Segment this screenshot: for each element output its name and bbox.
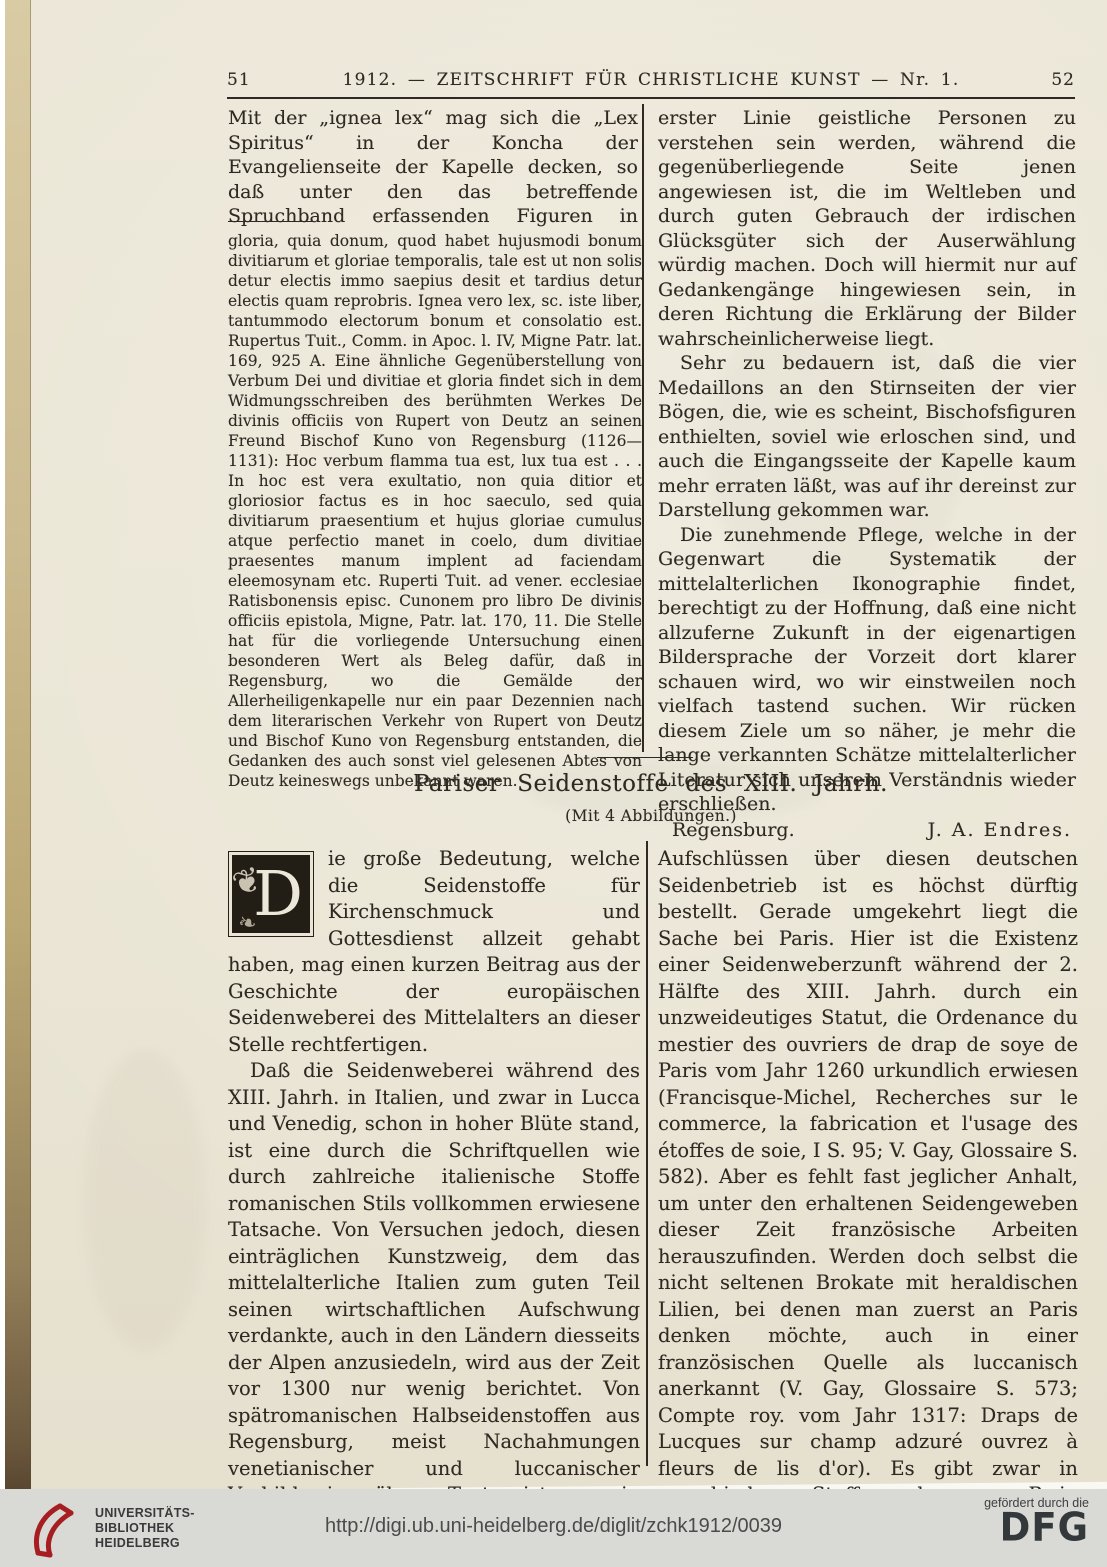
paragraph: erster Linie geistliche Personen zu vers… [658,106,1076,351]
drop-cap-letter: D [253,858,303,930]
page-number-right: 52 [1051,70,1075,90]
book-page-edge [5,0,31,1489]
footnote-rule [228,221,312,222]
column-divider [646,841,648,1466]
paragraph: Sehr zu bedauern ist, daß die vier Medai… [658,351,1076,523]
section-divider-rule [597,757,693,758]
column-divider [642,104,644,752]
article2-right-column: Aufschlüssen über diesen deutschen Seide… [658,846,1078,1562]
digitization-footer: UNIVERSITÄTS- BIBLIOTHEK HEIDELBERG http… [0,1489,1107,1567]
journal-title: 1912. — ZEITSCHRIFT FÜR CHRISTLICHE KUNS… [343,70,960,90]
article1-right-column: erster Linie geistliche Personen zu vers… [658,106,1076,842]
woodcut-ornament: D [232,855,310,933]
ink-bleed-spot [85,1050,205,1350]
decorative-initial-d: D [228,851,314,937]
dfg-logo: DFG [984,1509,1089,1547]
article2-title: Pariser Seidenstoffe des XIII. Jahrh. [227,771,1075,797]
header-rule [227,97,1075,99]
article2-subtitle: (Mit 4 Abbildungen.) [227,807,1075,825]
funder-branding: gefördert durch die DFG [984,1496,1089,1546]
paragraph: Daß die Seidenweberei während des XIII. … [228,1058,640,1562]
article1-left-column: Mit der „ignea lex“ mag sich die „Lex Sp… [228,106,638,229]
page-header: 51 1912. — ZEITSCHRIFT FÜR CHRISTLICHE K… [227,70,1075,90]
article2-left-column: D ie große Bedeutung, welche die Seidens… [228,846,640,1562]
article1-footnote: gloria, quia donum, quod habet hujusmodi… [228,231,642,791]
page-number-left: 51 [227,70,251,90]
scan-source-url: http://digi.ub.uni-heidelberg.de/diglit/… [0,1515,1107,1538]
